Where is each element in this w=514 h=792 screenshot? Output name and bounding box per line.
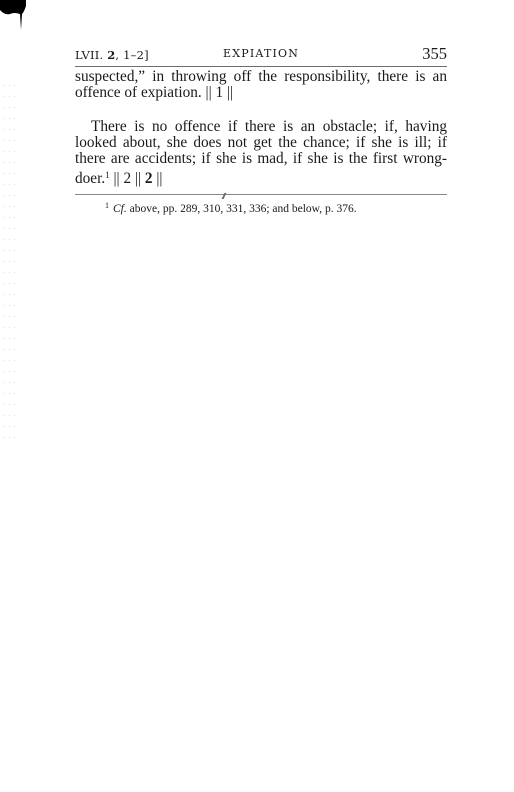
- paragraph-1-text: suspected,” in throwing off the responsi…: [75, 68, 447, 101]
- verse-marker-1: || 1 ||: [202, 84, 233, 101]
- section-prefix: LVII.: [75, 48, 107, 62]
- verse-marker-2-end: ||: [153, 170, 163, 187]
- footnote-text: above, pp. 289, 310, 331, 336; and below…: [127, 203, 357, 215]
- footnote-cf: Cf.: [113, 203, 127, 215]
- verse-marker-2: || 2 ||: [110, 170, 145, 187]
- paragraph-2: There is no offence if there is an obsta…: [75, 119, 447, 187]
- paragraph-1: suspected,” in throwing off the responsi…: [75, 69, 447, 101]
- header-rule: [75, 66, 447, 67]
- section-suffix: , 1–2]: [115, 48, 148, 62]
- scan-corner-mark: [0, 0, 26, 36]
- footnote-1: 1Cf. above, pp. 289, 310, 331, 336; and …: [75, 201, 447, 215]
- page-number: 355: [422, 44, 447, 64]
- running-title: EXPIATION: [223, 47, 299, 60]
- footnote-mark: 1: [105, 201, 109, 210]
- section-reference: LVII. 2, 1–2]: [75, 48, 149, 62]
- footnote-rule: [75, 194, 447, 195]
- footnote-rule-tick: [222, 193, 227, 199]
- running-head: LVII. 2, 1–2] EXPIATION 355: [75, 44, 447, 64]
- verse-marker-2-bold: 2: [145, 170, 153, 187]
- book-page: LVII. 2, 1–2] EXPIATION 355 suspected,” …: [75, 44, 447, 215]
- scan-margin-specks: [2, 80, 16, 440]
